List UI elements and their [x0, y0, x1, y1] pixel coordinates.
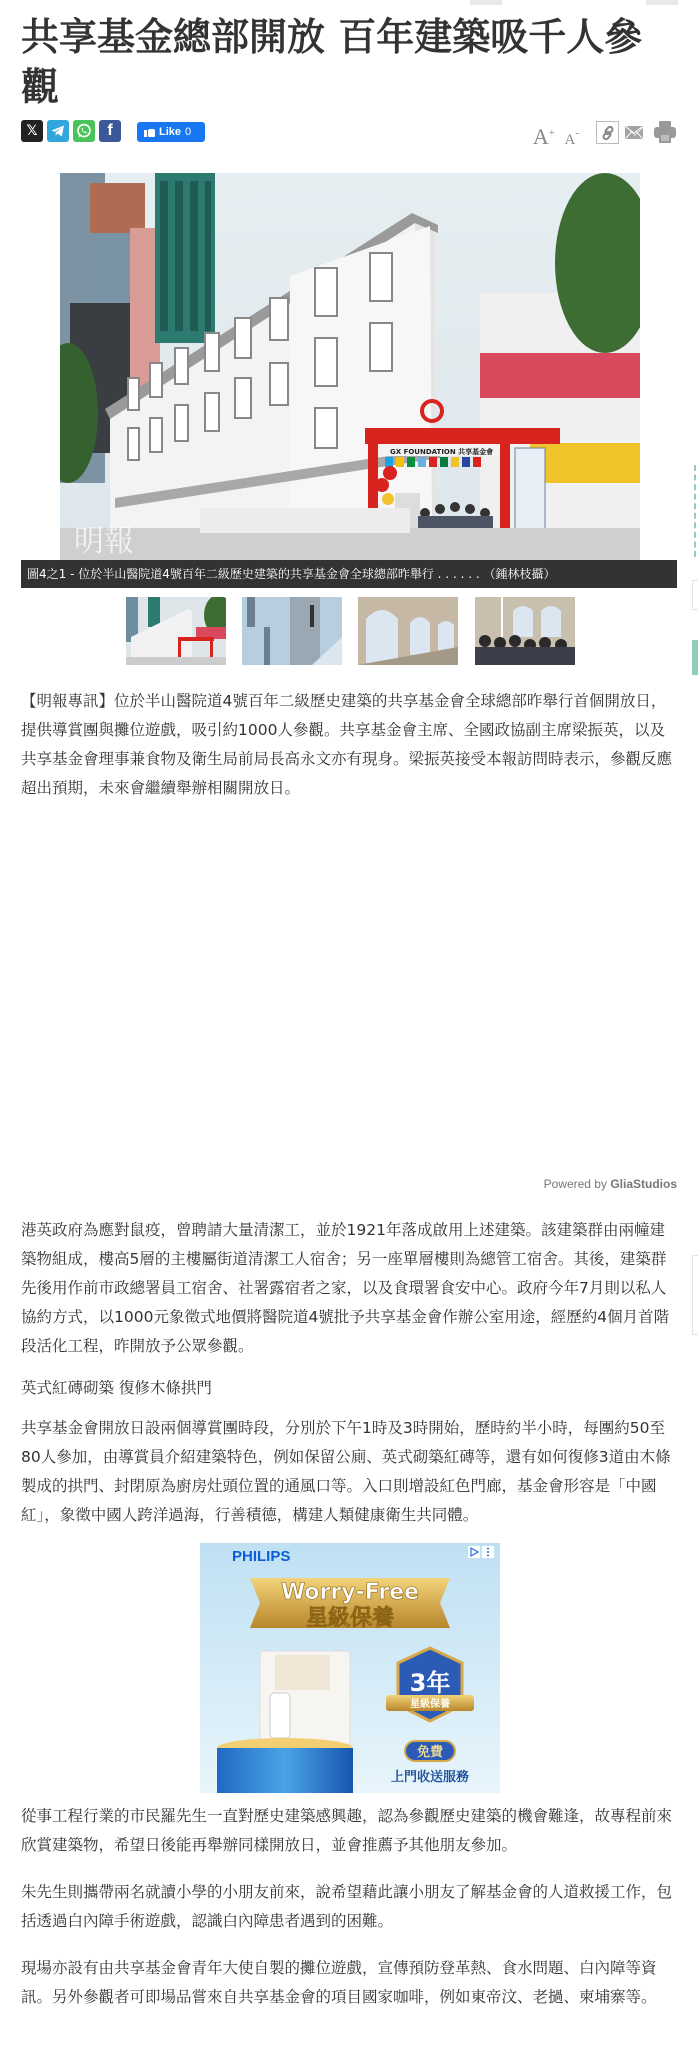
powered-by-prefix: Powered by	[544, 1177, 607, 1191]
telegram-icon	[51, 125, 65, 137]
font-increase-sup: +	[549, 127, 555, 139]
whatsapp-share-button[interactable]	[73, 120, 95, 142]
thumbnail-4[interactable]	[475, 597, 575, 665]
decrease-font-button[interactable]: A-	[564, 122, 579, 151]
envelope-icon	[625, 126, 643, 139]
article-paragraph: 現場亦設有由共享基金會青年大使自製的攤位遊戲，宣傳預防登革熱、食水問題、白內障等…	[21, 1954, 677, 2012]
building-photo: GX FOUNDATION 共享基金會 明報	[60, 173, 640, 561]
thumbs-up-icon	[144, 127, 155, 137]
thumbnail-arches	[358, 597, 458, 665]
watermark: 明報	[74, 524, 134, 559]
like-count: 0	[185, 126, 191, 138]
link-icon	[600, 125, 616, 141]
article-toolbar: 𝕏 f Like 0 A+ A-	[21, 120, 677, 144]
thumbnail-wall	[242, 597, 342, 665]
facebook-icon: f	[107, 122, 112, 140]
top-tab-strip	[0, 0, 698, 6]
x-logo-icon: 𝕏	[26, 123, 37, 139]
ad-headline-zh: 星級保養	[306, 1605, 394, 1631]
font-decrease-icon: A	[564, 132, 575, 148]
thumbnail-1[interactable]	[126, 597, 226, 665]
facebook-like-button[interactable]: Like 0	[137, 122, 205, 142]
article-paragraph: 【明報專訊】位於半山醫院道4號百年二級歷史建築的共享基金會全球總部昨舉行首個開放…	[21, 687, 677, 803]
facebook-share-button[interactable]: f	[99, 120, 121, 142]
main-photo[interactable]: GX FOUNDATION 共享基金會 明報	[60, 173, 640, 561]
advertisement[interactable]: PHILIPS Worry-Free 星級保養 3年 星級保養 免費 上門收送服…	[200, 1543, 500, 1793]
top-tab[interactable]	[646, 0, 678, 5]
copy-link-button[interactable]	[596, 121, 619, 144]
telegram-share-button[interactable]	[47, 120, 69, 142]
article-paragraph: 從事工程行業的市民羅先生一直對歷史建築感興趣，認為參觀歷史建築的機會難逢，故專程…	[21, 1802, 677, 1860]
section-subheading: 英式紅磚砌築 復修木條拱門	[21, 1374, 212, 1403]
increase-font-button[interactable]: A+	[533, 120, 555, 150]
side-panel-edge	[692, 640, 698, 675]
email-button[interactable]	[625, 126, 643, 139]
thumbnail-2[interactable]	[242, 597, 342, 665]
side-panel-edge	[692, 580, 698, 610]
article-tools: A+ A-	[517, 120, 677, 144]
ad-badge-number: 3年	[410, 1669, 451, 1697]
philips-ad-banner: PHILIPS Worry-Free 星級保養 3年 星級保養 免費 上門收送服…	[200, 1543, 500, 1793]
powered-by-brand: GliaStudios	[610, 1177, 677, 1191]
font-decrease-sup: -	[575, 127, 579, 139]
like-label: Like	[159, 126, 181, 138]
whatsapp-icon	[76, 123, 92, 139]
thumbnail-strip	[21, 597, 677, 665]
powered-by[interactable]: Powered by GliaStudios	[544, 1177, 677, 1191]
x-share-button[interactable]: 𝕏	[21, 120, 43, 142]
thumbnail-crowd	[475, 597, 575, 665]
article-headline: 共享基金總部開放 百年建築吸千人參觀	[21, 12, 677, 112]
ad-headline-en: Worry-Free	[281, 1580, 419, 1605]
article-paragraph: 共享基金會開放日設兩個導賞團時段，分別於下午1時及3時開始，歷時約半小時，每團約…	[21, 1414, 677, 1530]
sign-text: GX FOUNDATION 共享基金會	[390, 447, 493, 456]
side-panel-edge	[694, 465, 696, 557]
ad-badge-text: 星級保養	[410, 1697, 450, 1710]
top-tab[interactable]	[470, 0, 502, 5]
article-paragraph: 港英政府為應對鼠疫，曾聘請大量清潔工，並於1921年落成啟用上述建築。該建築群由…	[21, 1216, 677, 1361]
font-increase-icon: A	[533, 124, 549, 149]
print-button[interactable]	[653, 120, 677, 144]
article-paragraph: 朱先生則攜帶兩名就讀小學的小朋友前來，說希望藉此讓小朋友了解基金會的人道救援工作…	[21, 1878, 677, 1936]
ad-pill: 免費	[416, 1744, 444, 1760]
ad-service: 上門收送服務	[391, 1769, 470, 1785]
side-panel-edge	[692, 1255, 698, 1335]
thumbnail-3[interactable]	[358, 597, 458, 665]
photo-caption: 圖4之1 - 位於半山醫院道4號百年二級歷史建築的共享基金會全球總部昨舉行 . …	[21, 560, 677, 588]
thumbnail-building	[126, 597, 226, 665]
ad-brand: PHILIPS	[232, 1548, 290, 1565]
